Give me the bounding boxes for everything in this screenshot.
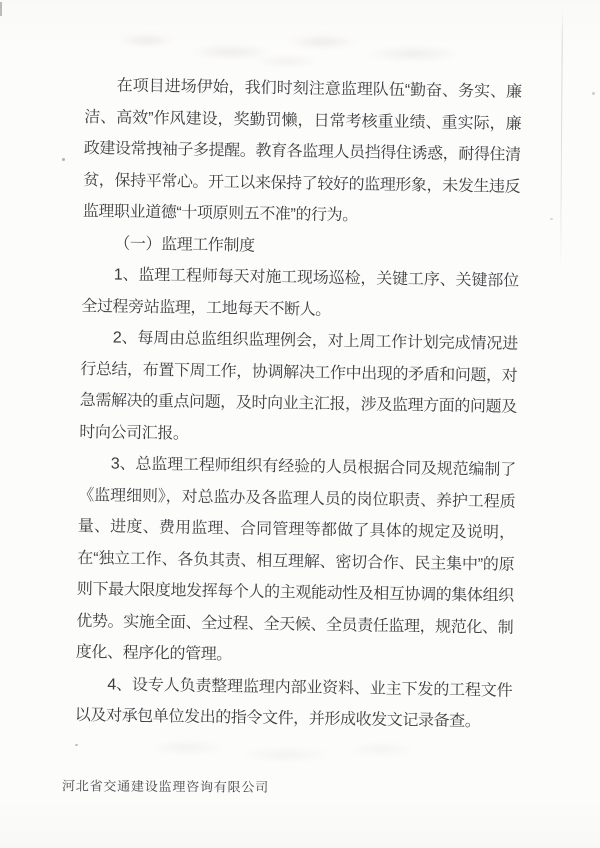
paragraph-item-1: 1、监理工程师每天对施工现场巡检，关键工序、关键部位全过程旁站监理，工地每天不断… [81,259,519,329]
scan-speck [62,158,65,161]
scan-speck [550,218,553,220]
document-body: 在项目进场伊始，我们时刻注意监理队伍“勤奋、务实、廉洁、高效”作风建设，奖勤罚懒… [75,70,522,738]
paragraph-item-4: 4、设专人负责整理监理内部业资料、业主下发的工程文件以及对承包单位发出的指令文件… [75,668,513,738]
paragraph-item-3: 3、总监理工程师组织有经验的人员根据合同及规范编制了《监理细则》，对总监办及各监… [76,448,516,675]
scanned-page: 在项目进场伊始，我们时刻注意监理队伍“勤奋、务实、廉洁、高效”作风建设，奖勤罚懒… [0,0,600,848]
footer-company-name: 河北省交通建设监理咨询有限公司 [62,775,269,795]
paragraph-intro: 在项目进场伊始，我们时刻注意监理队伍“勤奋、务实、廉洁、高效”作风建设，奖勤罚懒… [83,70,522,234]
scan-crease-line [560,10,563,272]
scan-edge-mark [0,2,2,16]
paragraph-item-2: 2、每周由总监组织监理例会，对上周工作计划完成情况进行总结，布置下周工作，协调解… [79,322,518,455]
bleed-through-smudge-bottom [142,733,442,769]
scan-speck [592,92,595,95]
scan-speck [75,744,78,746]
bleed-through-smudge-top [118,26,470,68]
